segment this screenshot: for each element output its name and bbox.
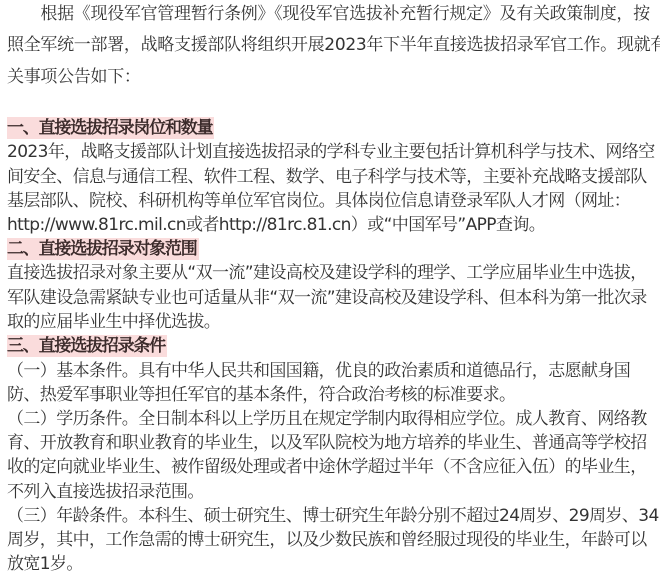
section-heading-scope: 二、直接选拔招录对象范围 <box>7 238 199 260</box>
section-text-line: 不列入直接选拔招录范围。 <box>7 481 204 503</box>
intro-line: 根据《现役军官管理暂行条例》《现役军官选拔补充暂行规定》及有关政策制度，按 <box>7 3 650 25</box>
intro-line: 照全军统一部署，战略支援部队将组织开展2023年下半年直接选拔招录军官工作。现就… <box>7 34 660 56</box>
section-text-line: （三）年龄条件。本科生、硕士研究生、博士研究生年龄分别不超过24周岁、29周岁、… <box>7 505 659 527</box>
section-heading-positions: 一、直接选拔招录岗位和数量 <box>7 117 214 139</box>
section-text-line: http://www.81rc.mil.cn或者http://81rc.81.c… <box>7 214 545 236</box>
section-text-line: 放宽1岁。 <box>7 553 83 575</box>
section-text-line: 军队建设急需紧缺专业也可适量从非“双一流”建设高校及建设学科、但本科为第一批次录 <box>7 287 647 309</box>
section-text-line: 收的定向就业毕业生、被作留级处理或者中途休学超过半年（不含应征入伍）的毕业生， <box>7 456 647 478</box>
section-heading-conditions: 三、直接选拔招录条件 <box>7 335 167 357</box>
section-text-line: 取的应届毕业生中择优选拔。 <box>7 311 220 333</box>
section-text-line: 育、开放教育和职业教育的毕业生，以及军队院校为地方培养的毕业生、普通高等学校招 <box>7 432 647 454</box>
section-text-line: （一）基本条件。具有中华人民共和国国籍，优良的政治素质和道德品行，志愿献身国 <box>7 360 630 382</box>
section-text-line: （二）学历条件。全日制本科以上学历且在规定学制内取得相应学位。成人教育、网络教 <box>7 408 647 430</box>
section-text-line: 直接选拔招录对象主要从“双一流”建设高校及建设学科的理学、工学应届毕业生中选拔， <box>7 262 647 284</box>
section-text-line: 防、热爱军事职业等担任军官的基本条件，符合政治考核的标准要求。 <box>7 384 515 406</box>
section-text-line: 周岁，其中，工作急需的博士研究生，以及少数民族和曾经服过现役的毕业生，年龄可以 <box>7 529 647 551</box>
section-text-line: 间安全、信息与通信工程、软件工程、数学、电子科学与技术等，主要补充战略支援部队 <box>7 166 647 188</box>
section-text-line: 2023年，战略支援部队计划直接选拔招录的学科专业主要包括计算机科学与技术、网络… <box>7 141 655 163</box>
intro-line: 关事项公告如下： <box>7 66 141 88</box>
section-text-line: 基层部队、院校、科研机构等单位军官岗位。具体岗位信息请登录军队人才网（网址： <box>7 190 630 212</box>
